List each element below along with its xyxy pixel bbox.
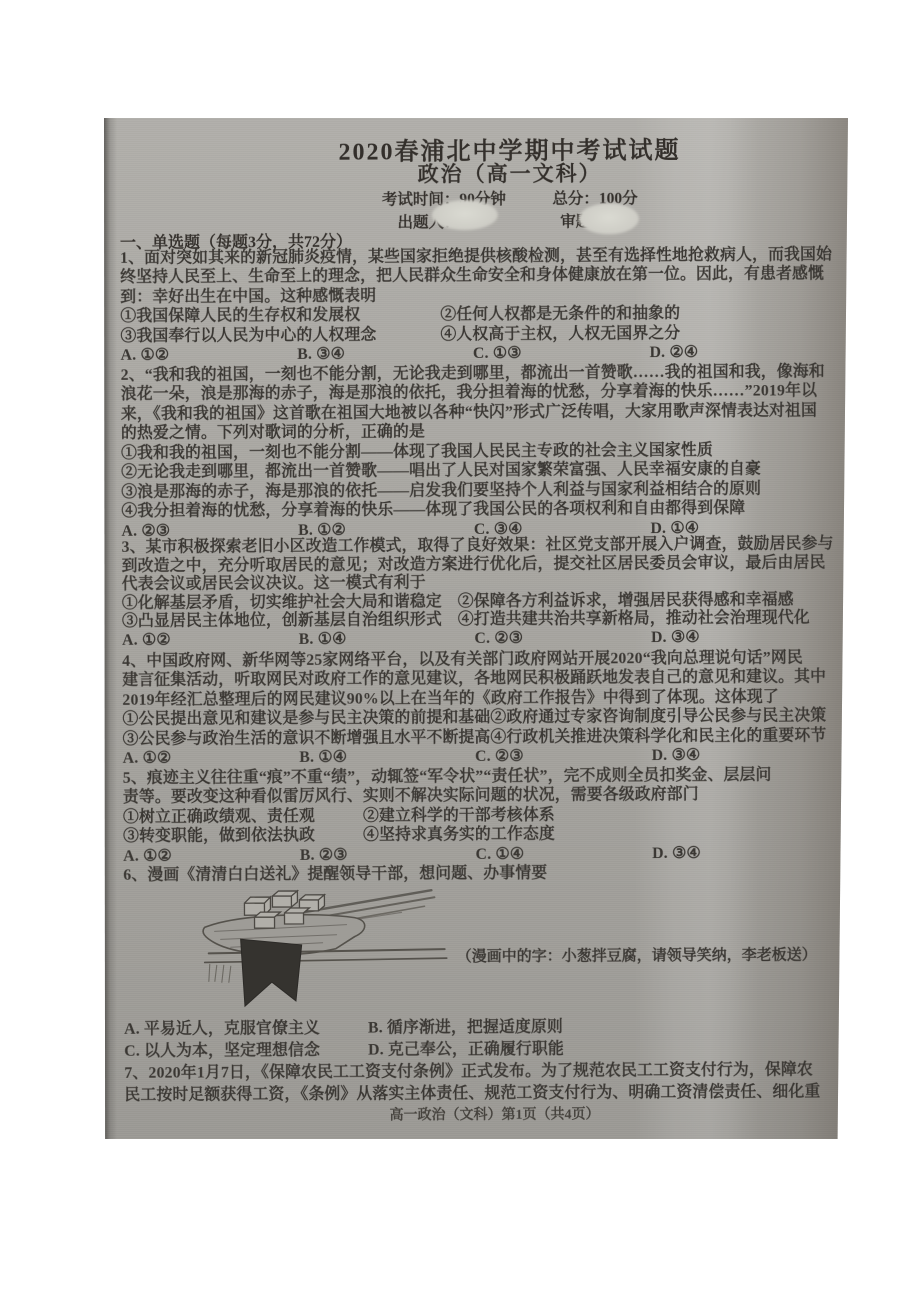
question-line: 建言征集活动，听取网民对政府工作的意见建议，各地网民积极踊跃地发表自己的意见和建… xyxy=(122,667,826,690)
question-line: ④我分担着海的忧愁，分享着海的快乐——体现了我国公民的各项权利和自由都得到保障 xyxy=(121,499,745,521)
question-line: ①公民提出意见和建议是参与民主决策的前提和基础②政府通过专家咨询制度引导公民参与… xyxy=(122,706,826,729)
answer-options-line: A. ①② B. ①④ C. ②③ D. ③④ xyxy=(122,628,700,650)
answer-options-line: A. 平易近人，克服官僚主义 B. 循序渐进，把握适度原则 xyxy=(124,1018,563,1039)
question-line: 7、2020年1月7日，《保障农民工工资支付条例》正式发布。为了规范农民工工资支… xyxy=(124,1060,813,1083)
exam-subtitle: 政治（高一文科） xyxy=(178,156,842,189)
question-line: 浪花一朵，浪是那海的赤子，海是那浪的依托，我分担着海的忧愁，分享着海的快乐……”… xyxy=(121,381,817,404)
table-edge-icon xyxy=(205,949,447,982)
question-line: ②无论我走到哪里，都流出一首赞歌——唱出了人民对国家繁荣富强、人民幸福安康的自豪 xyxy=(121,460,761,482)
question-line: 终坚持人民至上、生命至上的理念，把人民群众生命安全和身体健康放在第一位。因此，有… xyxy=(120,264,824,287)
question-line: ①我国保障人民的生存权和发展权 ②任何人权都是无条件的和抽象的 xyxy=(120,304,680,326)
question-line: ③转变职能，做到依法执政 ④坚持求真务实的工作态度 xyxy=(123,825,555,846)
question-line: 来，《我和我的祖国》这首歌在祖国大地被以各种“快闪”形式广泛传唱，大家用歌声深情… xyxy=(121,401,817,424)
gift-tofu-cartoon xyxy=(196,878,467,1011)
question-line: 民工按时足额获得工资，《条例》从落实主体责任、规范工资支付行为、明确工资清偿责任… xyxy=(124,1082,820,1105)
question-line: 代表会议或居民会议决议。这一模式有利于 xyxy=(122,573,426,594)
scanned-page: 2020春浦北中学期中考试试题 政治（高一文科） 考试时间：90分钟 总分：10… xyxy=(0,0,920,1302)
dark-ribbon-icon xyxy=(241,939,302,1006)
question-line: 到：幸好出生在中国。这种感慨表明 xyxy=(120,287,376,307)
whiteout-blob-reviewer xyxy=(579,203,639,234)
paper-content: 2020春浦北中学期中考试试题 政治（高一文科） 考试时间：90分钟 总分：10… xyxy=(104,118,848,1139)
exam-info-line: 考试时间：90分钟 总分：100分 xyxy=(178,185,842,210)
question-line: ①树立正确政绩观、责任观 ②建立科学的干部考核体系 xyxy=(123,806,555,827)
question-line: ③公民参与政治生活的意识不断增强且水平不断提高④行政机关推进决策科学化和民主化的… xyxy=(123,726,827,749)
answer-options-line: A. ①② B. ②③ C. ①④ D. ③④ xyxy=(123,844,701,866)
cartoon-caption: （漫画中的字：小葱拌豆腐，请领导笑纳，李老板送） xyxy=(457,943,817,966)
answer-options-line: C. 以人为本，坚定理想信念 D. 克己奉公，正确履行职能 xyxy=(124,1040,564,1061)
question-line: 责等。要改变这种看似雷厉风行、实则不解决实际问题的状况，需要各级政府部门 xyxy=(123,785,699,807)
answer-options-line: A. ①② B. ①④ C. ②③ D. ③④ xyxy=(123,746,701,768)
exam-paper-sheet: 2020春浦北中学期中考试试题 政治（高一文科） 考试时间：90分钟 总分：10… xyxy=(104,118,848,1139)
question-line: 的热爱之情。下列对歌词的分析，正确的是 xyxy=(121,422,425,443)
question-line: 到改造之中，充分听取居民的意见；对改造方案进行优化后，提交社区居民委员会审议，最… xyxy=(122,553,826,576)
answer-options-line: A. ①② B. ③④ C. ①③ D. ②④ xyxy=(121,343,699,365)
page-footer: 高一政治（文科）第1页（共4页） xyxy=(162,1102,826,1125)
question-line: ③凸显居民主体地位，创新基层自治组织形式 ④打造共建共治共享新格局，推动社会治理… xyxy=(122,608,810,631)
